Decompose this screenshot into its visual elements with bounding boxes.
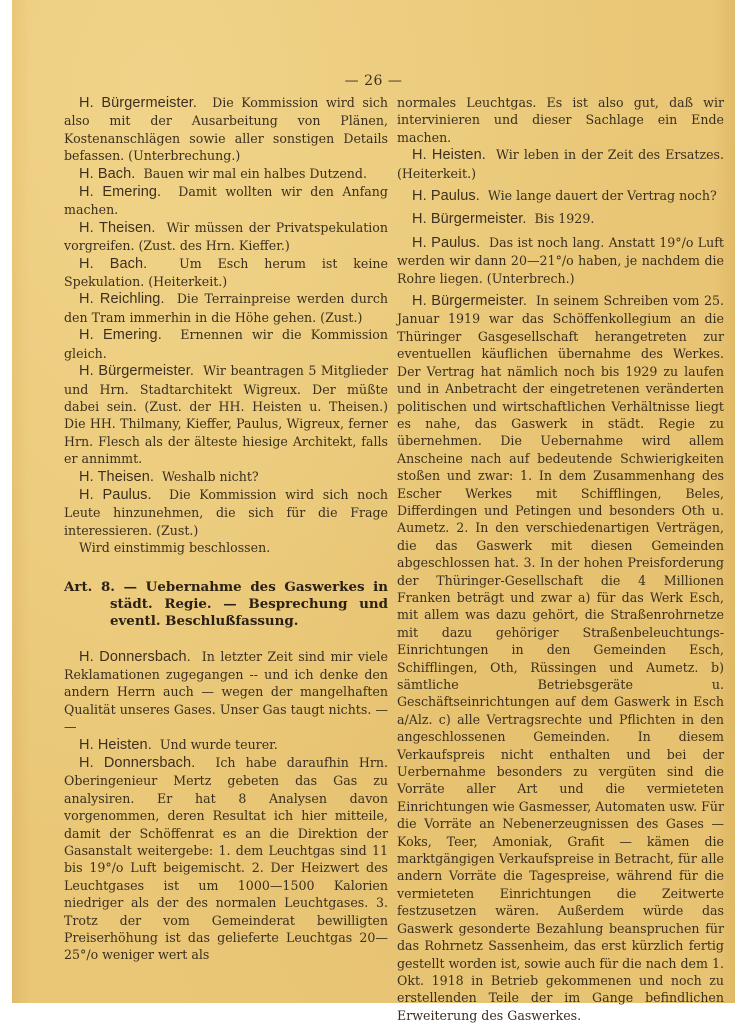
- speaker-name: H. Heisten.: [412, 147, 486, 163]
- paragraph: H. Donnersbach. Ich habe daraufhin Hrn. …: [64, 754, 388, 964]
- paragraph: H. Bürgermeister. Bis 1929.: [397, 210, 724, 228]
- paragraph-text: Ich habe daraufhin Hrn. Oberingenieur Me…: [64, 755, 388, 962]
- paragraph-text: Bis 1929.: [535, 211, 595, 226]
- paragraph-text: In seinem Schreiben vom 25. Januar 1919 …: [397, 293, 724, 1023]
- speaker-name: H. Bürgermeister.: [79, 363, 194, 379]
- speaker-name: H. Paulus.: [79, 487, 152, 503]
- speaker-name: H. Paulus.: [412, 235, 480, 251]
- paragraph: H. Emering. Ernennen wir die Kommission …: [64, 326, 388, 362]
- speaker-name: H. Theisen.: [79, 469, 154, 485]
- speaker-name: H. Paulus.: [412, 188, 480, 204]
- speaker-name: H. Bürgermeister.: [79, 95, 197, 111]
- document-page: — 26 — H. Bürgermeister. Die Kommission …: [12, 0, 735, 1003]
- paragraph: H. Theisen. Wir müssen der Privatspekula…: [64, 219, 388, 255]
- paragraph: H. Heisten. Und wurde teurer.: [64, 736, 388, 754]
- paragraph: H. Theisen. Weshalb nicht?: [64, 468, 388, 486]
- speaker-name: H. Bach.: [79, 166, 135, 182]
- speaker-name: H. Theisen.: [79, 220, 155, 236]
- speaker-name: H. Reichling.: [79, 291, 165, 307]
- paragraph: H. Paulus. Das ist noch lang. Anstatt 19…: [397, 234, 724, 287]
- speaker-name: H. Bürgermeister.: [412, 293, 527, 309]
- speaker-name: H. Emering.: [79, 327, 162, 343]
- paragraph: H. Emering. Damit wollten wir den Anfang…: [64, 183, 388, 219]
- paragraph-text: Und wurde teurer.: [160, 737, 278, 752]
- paragraph-text: Weshalb nicht?: [162, 469, 259, 484]
- paragraph: H. Reichling. Die Terrainpreise werden d…: [64, 290, 388, 326]
- speaker-name: H. Bach.: [79, 256, 147, 272]
- speaker-name: H. Emering.: [79, 184, 161, 200]
- paragraph: H. Paulus. Die Kommission wird sich noch…: [64, 486, 388, 539]
- paragraph: H. Bach. Bauen wir mal ein halbes Dutzen…: [64, 165, 388, 183]
- paragraph-text: normales Leuchtgas. Es ist also gut, daß…: [397, 95, 724, 145]
- speaker-name: H. Bürgermeister.: [412, 211, 527, 227]
- continued-paragraph: normales Leuchtgas. Es ist also gut, daß…: [397, 94, 724, 146]
- paragraph-text: Bauen wir mal ein halbes Dutzend.: [143, 166, 367, 181]
- page-number: — 26 —: [12, 73, 735, 89]
- paragraph: H. Paulus. Wie lange dauert der Vertrag …: [397, 187, 724, 205]
- paragraph: H. Bürgermeister. Wir beantragen 5 Mitgl…: [64, 362, 388, 467]
- paragraph-text: Wird einstimmig beschlossen.: [79, 540, 270, 555]
- right-column: normales Leuchtgas. Es ist also gut, daß…: [397, 94, 724, 1024]
- article-heading: Art. 8. — Uebernahme des Gaswerkes in st…: [64, 579, 388, 630]
- paragraph: H. Donnersbach. In letzter Zeit sind mir…: [64, 648, 388, 736]
- paragraph: H. Heisten. Wir leben in der Zeit des Er…: [397, 146, 724, 182]
- paragraph: H. Bürgermeister. Die Kommission wird si…: [64, 94, 388, 165]
- speaker-name: H. Heisten.: [79, 737, 152, 753]
- paragraph-text: Wie lange dauert der Vertrag noch?: [488, 188, 717, 203]
- paragraph: H. Bürgermeister. In seinem Schreiben vo…: [397, 292, 724, 1024]
- left-column: H. Bürgermeister. Die Kommission wird si…: [64, 94, 388, 964]
- resolution-line: Wird einstimmig beschlossen.: [64, 539, 388, 556]
- speaker-name: H. Donnersbach.: [79, 755, 195, 771]
- speaker-name: H. Donnersbach.: [79, 649, 191, 665]
- paragraph: H. Bach. Um Esch herum ist keine Spekula…: [64, 255, 388, 291]
